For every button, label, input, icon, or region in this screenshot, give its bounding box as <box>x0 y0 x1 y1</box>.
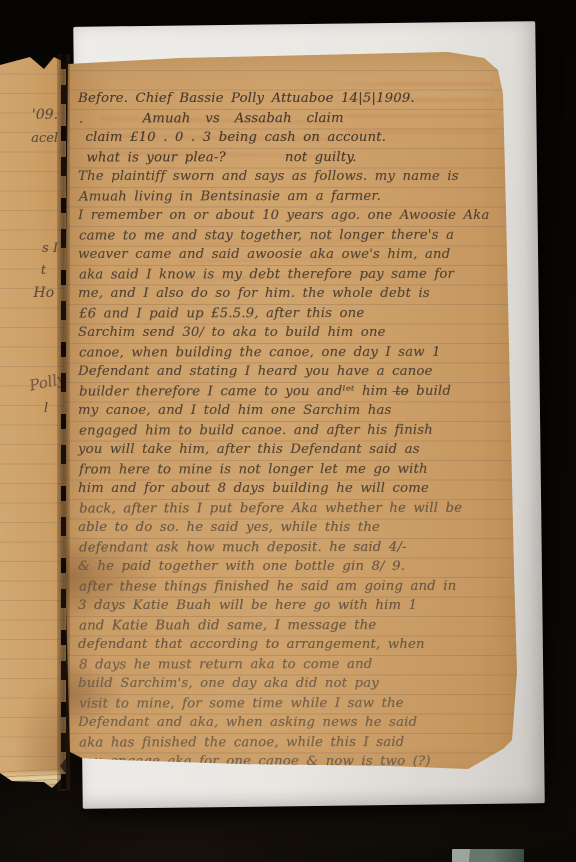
handwriting-line: claim £10 . 0 . 3 being cash on account. <box>78 130 518 150</box>
handwriting-line: what is your plea-? not guilty. <box>79 149 519 169</box>
handwriting-line: and Katie Buah did same, I message the <box>79 617 519 637</box>
handwriting-line: after these things finished he said am g… <box>79 578 519 598</box>
handwriting-line: my canoe, and I told him one Sarchim has <box>78 403 518 423</box>
handwriting-line: aka has finished the canoe, while this I… <box>79 734 519 754</box>
handwriting-text-block: Before. Chief Bassie Polly Attuaboe 14|5… <box>60 52 518 782</box>
handwriting-line: defendant that according to arrangement,… <box>78 637 518 657</box>
handwriting-line: canoe, when building the canoe, one day … <box>79 344 519 364</box>
left-page-text-fragment: s I <box>42 241 58 256</box>
left-page-text-fragment: t <box>41 263 46 278</box>
left-page-text-fragment: acel <box>31 131 58 146</box>
handwriting-line: visit to mine, for some time while I saw… <box>79 695 519 715</box>
handwriting-line: & he paid together with one bottle gin 8… <box>78 559 518 579</box>
handwriting-line: weaver came and said awoosie aka owe's h… <box>78 247 518 267</box>
handwriting-line: defendant ask how much deposit. he said … <box>79 539 519 559</box>
handwriting-line: him and for about 8 days building he wil… <box>78 481 518 501</box>
background-object <box>452 849 524 862</box>
handwriting-line: £6 and I paid up £5.5.9, after this one <box>79 305 519 325</box>
handwriting-line: Amuah living in Bentsinasie am a farmer. <box>79 188 519 208</box>
handwriting-line: from here to mine is not longer let me g… <box>79 461 519 481</box>
handwriting-line: 8 days he must return aka to come and <box>79 656 519 676</box>
left-page-text-fragment: l <box>44 401 48 416</box>
handwriting-line: me, and I also do so for him. the whole … <box>78 286 518 306</box>
handwriting-line: The plaintiff sworn and says as follows.… <box>78 169 518 189</box>
photo-backdrop: '09. acel s I t Ho Polly l Before. Chief… <box>0 0 576 862</box>
handwriting-line: able to do so. he said yes, while this t… <box>78 520 518 540</box>
handwriting-line: I remember on or about 10 years ago. one… <box>78 208 518 228</box>
left-page-text-fragment: Ho <box>33 285 54 301</box>
handwriting-line: Defendant and stating I heard you have a… <box>78 364 518 384</box>
record-page: Before. Chief Bassie Polly Attuaboe 14|5… <box>60 52 518 782</box>
handwriting-line: Defendant and aka, when asking news he s… <box>78 715 518 735</box>
handwriting-line: 3 days Katie Buah will be here go with h… <box>78 598 518 618</box>
handwriting-line: aka said I know is my debt therefore pay… <box>79 266 519 286</box>
left-page-text-fragment: '09. <box>32 107 58 123</box>
handwriting-line: you will take him, after this Defendant … <box>78 442 518 462</box>
binding-stitches <box>57 54 70 791</box>
handwriting-line: builder therefore I came to you andˡᵉᵗ h… <box>79 383 519 403</box>
handwriting-line: engaged him to build canoe. and after hi… <box>79 422 519 442</box>
handwriting-line: came to me and stay together, not longer… <box>79 227 519 247</box>
handwriting-line: Before. Chief Bassie Polly Attuaboe 14|5… <box>78 91 518 111</box>
handwriting-line: back, after this I put before Aka whethe… <box>79 500 519 520</box>
handwriting-line: build Sarchim's, one day aka did not pay <box>78 676 518 696</box>
handwriting-line: Sarchim send 30/ to aka to build him one <box>78 325 518 345</box>
handwriting-line: . Amuah vs Assabah claim <box>79 110 519 130</box>
